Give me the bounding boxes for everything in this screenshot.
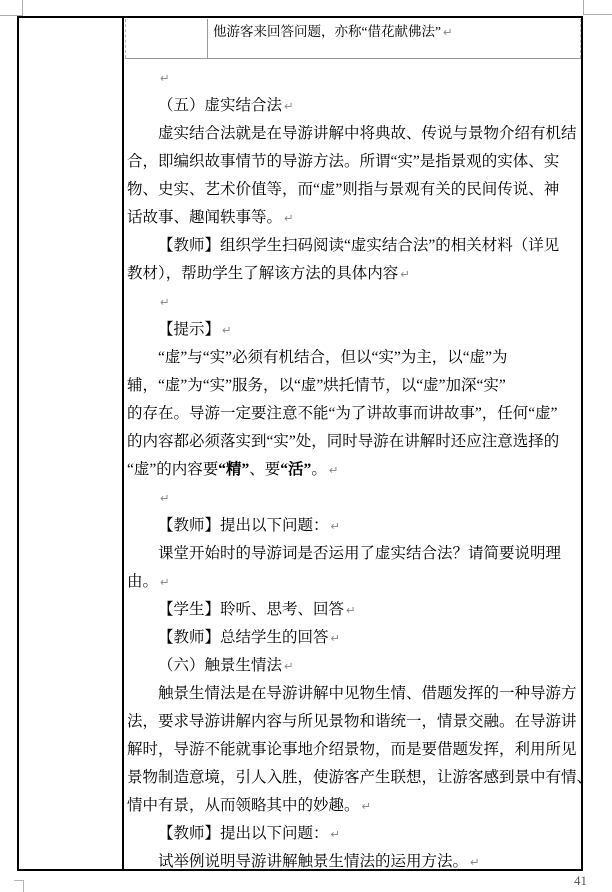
text-line: 情中有景，从而领略其中的妙趣。↵ [122,792,582,820]
emphasized-text: “精” [218,461,249,478]
table-cell-text-content: 他游客来回答问题，亦称“借花献佛法” [213,24,441,39]
text-segment: 物、史实、艺术价值等，而“虚”则指与景观有关的民间传说、神 [127,181,559,198]
text-segment: 【教师】组织学生扫码阅读“虚实结合法”的相关材料（详见 [158,237,559,254]
text-segment: “虚”与“实”必须有机结合，但以“实”为主，以“虚”为 [158,349,508,366]
text-line: 【教师】提出以下问题：↵ [122,820,582,848]
paragraph-mark: ↵ [331,519,341,533]
text-line: 法，要求导游讲解内容与所见景物和谐统一，情景交融。在导游讲 [122,708,582,736]
text-line: 【教师】组织学生扫码阅读“虚实结合法”的相关材料（详见 [122,232,582,260]
text-segment: 的存在。导游一定要注意不能“为了讲故事而讲故事”，任何“虚” [127,405,558,422]
paragraph-mark: ↵ [160,491,170,505]
text-segment: 试举例说明导游讲解触景生情法的运用方法。 [158,853,468,870]
text-line: 由。↵ [122,568,582,596]
text-segment: 【教师】提出以下问题： [158,517,329,534]
text-line: ↵ [122,288,582,316]
emphasized-text: “活” [280,461,311,478]
text-segment: 、要 [249,461,280,478]
text-line: 的存在。导游一定要注意不能“为了讲故事而讲故事”，任何“虚” [122,400,582,428]
text-line: 景物制造意境，引人入胜，使游客产生联想，让游客感到景中有情、 [122,764,582,792]
text-segment: 合，即编织故事情节的导游方法。所谓“实”是指景观的实体、实 [127,153,559,170]
text-line: 【教师】总结学生的回答↵ [122,624,582,652]
text-segment: 教材），帮助学生了解该方法的具体内容 [127,265,398,282]
text-line: （五）虚实结合法↵ [122,92,582,120]
inner-table-right-gridline [580,19,581,58]
paragraph-mark: ↵ [331,827,341,841]
paragraph-mark: ↵ [160,295,170,309]
text-segment: 触景生情法是在导游讲解中见物生情、借题发挥的一种导游方 [158,685,577,702]
document-body: ↵（五）虚实结合法↵虚实结合法就是在导游讲解中将典故、传说与景物介绍有机结合，即… [122,64,582,876]
text-boundary-mark-top-left [0,0,23,16]
text-segment: 辅，“虚”为“实”服务，以“虚”烘托情节，以“虚”加深“实” [127,377,506,394]
document-page: 他游客来回答问题，亦称“借花献佛法”↵ ↵（五）虚实结合法↵虚实结合法就是在导游… [0,0,612,892]
text-segment: 【学生】聆听、思考、回答 [158,601,344,618]
text-segment: 【教师】提出以下问题： [158,825,329,842]
text-segment: 解时，导游不能就事论事地介绍景物，而是要借题发挥，利用所见 [127,741,577,758]
text-segment: 课堂开始时的导游词是否运用了虚实结合法？请简要说明理 [158,545,561,562]
paragraph-mark: ↵ [284,659,294,673]
text-segment: 景物制造意境，引人入胜，使游客产生联想，让游客感到景中有情、 [127,769,592,786]
text-line: ↵ [122,484,582,512]
text-segment: 【教师】总结学生的回答 [158,629,329,646]
text-segment: 【提示】 [158,321,220,338]
text-line: 虚实结合法就是在导游讲解中将典故、传说与景物介绍有机结 [122,120,582,148]
text-line: 辅，“虚”为“实”服务，以“虚”烘托情节，以“虚”加深“实” [122,372,582,400]
paragraph-mark: ↵ [284,99,294,113]
text-segment: （五）虚实结合法 [158,97,282,114]
text-line: 触景生情法是在导游讲解中见物生情、借题发挥的一种导游方 [122,680,582,708]
text-segment: “虚”的内容要 [127,461,218,478]
inner-table-left-gridline [125,19,126,58]
text-boundary-mark-bottom-left [14,880,24,892]
text-boundary-mark-top-right [583,0,612,15]
paragraph-mark: ↵ [160,71,170,85]
text-segment: 由。 [127,573,158,590]
text-segment: （六）触景生情法 [158,657,282,674]
text-line: 【教师】提出以下问题：↵ [122,512,582,540]
text-segment: 的内容都必须落实到“实”处，同时导游在讲解时还应注意选择的 [127,433,559,450]
text-line: （六）触景生情法↵ [122,652,582,680]
table-cell-text: 他游客来回答问题，亦称“借花献佛法”↵ [213,23,575,41]
paragraph-mark: ↵ [329,463,339,477]
inner-table-middle-gridline [207,19,208,58]
paragraph-mark: ↵ [400,267,410,281]
page-number: 41 [574,873,587,889]
paragraph-mark: ↵ [362,799,372,813]
text-line: 【学生】聆听、思考、回答↵ [122,596,582,624]
paragraph-mark: ↵ [284,211,294,225]
text-line: 话故事、趣闻轶事等。↵ [122,204,582,232]
text-segment: 情中有景，从而领略其中的妙趣。 [127,797,360,814]
text-line: 的内容都必须落实到“实”处，同时导游在讲解时还应注意选择的 [122,428,582,456]
text-segment: 话故事、趣闻轶事等。 [127,209,282,226]
text-line: “虚”的内容要“精”、要“活”。↵ [122,456,582,484]
paragraph-mark: ↵ [160,575,170,589]
paragraph-mark: ↵ [443,25,453,39]
paragraph-mark: ↵ [470,855,480,869]
paragraph-mark: ↵ [222,323,232,337]
text-line: 教材），帮助学生了解该方法的具体内容↵ [122,260,582,288]
text-segment: 法，要求导游讲解内容与所见景物和谐统一，情景交融。在导游讲 [127,713,577,730]
text-line: “虚”与“实”必须有机结合，但以“实”为主，以“虚”为 [122,344,582,372]
text-line: 试举例说明导游讲解触景生情法的运用方法。↵ [122,848,582,876]
text-line: 课堂开始时的导游词是否运用了虚实结合法？请简要说明理 [122,540,582,568]
text-segment: 虚实结合法就是在导游讲解中将典故、传说与景物介绍有机结 [158,125,577,142]
text-line: 解时，导游不能就事论事地介绍景物，而是要借题发挥，利用所见 [122,736,582,764]
text-line: 物、史实、艺术价值等，而“虚”则指与景观有关的民间传说、神 [122,176,582,204]
text-line: ↵ [122,64,582,92]
paragraph-mark: ↵ [346,603,356,617]
text-line: 【提示】↵ [122,316,582,344]
text-line: 合，即编织故事情节的导游方法。所谓“实”是指景观的实体、实 [122,148,582,176]
paragraph-mark: ↵ [331,631,341,645]
text-segment: 。 [311,461,327,478]
inner-table-bottom-gridline [125,58,581,59]
